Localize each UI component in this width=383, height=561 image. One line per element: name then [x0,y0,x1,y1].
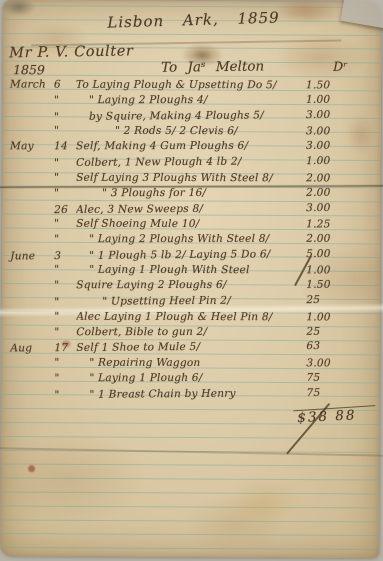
entry-day: " [54,217,76,229]
entry-month: March [10,78,54,90]
scanned-document-frame: Lisbon Ark, 1859 Mr P. V. Coulter 1859 T… [0,0,383,561]
entry-amount: 25 [303,325,370,337]
entry-day: " [54,187,76,199]
entry-description: " 3 Ploughs for 16/ [76,187,303,199]
ledger-row: " " Upsetting Heel Pin 2/ 25 [10,292,370,310]
header-charge-line: To Jaˢ Melton [161,58,264,75]
entry-amount: 1.00 [303,311,370,323]
entry-day: " [54,280,76,292]
ledger-rows: March 6 To Laying Plough & Upsetting Do … [10,77,371,402]
entry-amount: 3.00 [303,108,370,121]
entry-amount: 2.00 [303,186,370,198]
entry-date: " [10,296,76,309]
entry-day: 3 [54,249,76,261]
header-addressee: Mr P. V. Coulter [9,43,134,61]
entry-amount: 75 [303,372,370,384]
ledger-row: " " Laying 2 Ploughs With Steel 8/ 2.00 [10,231,370,247]
ledger-row: Aug 17 Self 1 Shoe to Mule 5/ 63 [10,338,370,356]
entry-day: " [54,157,76,169]
entry-month [10,296,54,308]
entry-day: " [54,171,76,183]
entry-date: May 14 [10,141,76,153]
entry-month [10,372,54,384]
entry-month [10,157,54,169]
ledger-row: " " Laying 1 Plough 6/ 75 [10,370,370,386]
entry-date: " [10,356,76,368]
entry-amount: 5.00 [303,247,370,260]
entry-month [10,125,54,137]
paper-crease-bottom [0,447,383,457]
ledger-row: " Self Laying 3 Ploughs With Steel 8/ 2.… [10,169,370,185]
entry-month [10,280,54,292]
entry-date: " [10,187,76,199]
ledger-row: " " 1 Breast Chain by Henry 75 [10,384,370,402]
entry-date: Aug 17 [10,342,76,355]
entry-amount: 1.00 [303,94,370,106]
entry-day: 17 [54,342,76,354]
entry-date: " [10,110,76,123]
total-amount: $38 88 [297,407,357,426]
ledger-row: " " Laying 1 Plough With Steel 1.00 [10,262,370,278]
entry-amount: 1.50 [303,79,370,91]
entry-description: Self 1 Shoe to Mule 5/ [76,340,303,354]
entry-month [10,217,54,229]
entry-description: " Repairing Waggon [76,356,303,369]
entry-description: " Laying 2 Ploughs With Steel 8/ [76,233,303,245]
entry-description: " 1 Breast Chain by Henry [76,387,303,401]
entry-month: June [10,250,54,262]
entry-month [10,171,54,183]
entry-date: March 6 [10,78,76,90]
entry-day: 26 [54,203,76,215]
entry-description: " Laying 1 Plough With Steel [76,264,303,277]
entry-month [10,263,54,275]
header-dr-label: Dʳ [333,59,347,74]
entry-description: Squire Laying 2 Ploughs 6/ [76,279,303,291]
entry-amount: 3.00 [303,125,370,137]
entry-month [10,356,54,368]
entry-description: by Squire, Making 4 Ploughs 5/ [76,109,303,123]
entry-amount: 1.00 [303,264,370,276]
entry-description: Self Laying 3 Ploughs With Steel 8/ [76,171,303,184]
entry-month: Aug [10,342,54,354]
entry-date: " [10,157,76,170]
entry-day: " [54,296,76,308]
entry-amount: 63 [303,340,370,353]
entry-day: " [54,264,76,276]
top-edge-stain [273,0,337,24]
entry-date: 26 [10,203,76,216]
corner-smudge [1,0,35,16]
entry-day: " [54,356,76,368]
entry-month [10,233,54,245]
ledger-row: " " Repairing Waggon 3.00 [10,354,370,370]
entry-month [10,111,54,123]
ledger-row: 26 Alec, 3 New Sweeps 8/ 3.00 [10,199,370,217]
entry-day: " [54,110,76,122]
entry-date: " [10,388,76,401]
entry-amount: 3.00 [303,357,370,369]
entry-amount: 1.00 [303,154,370,167]
entry-amount: 75 [303,386,370,399]
entry-amount: 1.50 [303,279,370,291]
entry-date: " [10,326,76,338]
entry-description: " Laying 2 Ploughs 4/ [76,94,303,106]
entry-amount: 2.00 [303,233,370,245]
ledger-row: " Self Shoeing Mule 10/ 1.25 [10,215,370,231]
entry-description: Colbert, 1 New Plough 4 lb 2/ [76,155,303,169]
entry-day: " [54,310,76,322]
ledger-row: March 6 To Laying Plough & Upsetting Do … [10,77,370,93]
entry-description: " 1 Plough 5 lb 2/ Laying 5 Do 6/ [76,248,303,262]
entry-description: Alec Laying 1 Plough & Heel Pin 8/ [76,310,303,323]
entry-description: Alec, 3 New Sweeps 8/ [76,201,303,215]
entry-day: " [54,94,76,106]
entry-month [10,187,54,199]
header-year: 1859 [13,62,45,77]
entry-day: " [54,233,76,245]
entry-month [10,203,54,215]
entry-day: 14 [54,141,76,153]
entry-month: May [10,141,54,153]
ledger-row: " " Laying 2 Ploughs 4/ 1.00 [10,92,370,108]
entry-date: " [10,125,76,137]
header-place-date: Lisbon Ark, 1859 [107,8,280,31]
entry-day: " [54,326,76,338]
entry-date: " [10,372,76,384]
entry-description: To Laying Plough & Upsetting Do 5/ [76,78,303,91]
ledger-row: " " 2 Rods 5/ 2 Clevis 6/ 3.00 [10,123,370,139]
entry-date: " [10,94,76,106]
entry-date: " [10,310,76,322]
entry-date: " [10,217,76,229]
entry-month [10,326,54,338]
entry-description: Self, Making 4 Gum Ploughs 6/ [76,140,303,152]
entry-description: Colbert, Bible to gun 2/ [76,326,303,338]
entry-description: " Upsetting Heel Pin 2/ [76,294,303,308]
entry-amount: 25 [303,293,370,306]
entry-day: " [54,388,76,400]
entry-month [10,389,54,401]
entry-date: " [10,233,76,245]
entry-day: " [54,125,76,137]
entry-month [10,94,54,106]
entry-day: 6 [54,78,76,90]
entry-month [10,310,54,322]
entry-date: June 3 [10,249,76,262]
entry-amount: 3.00 [303,201,370,214]
ledger-paper-sheet: Lisbon Ark, 1859 Mr P. V. Coulter 1859 T… [1,0,382,558]
entry-description: " 2 Rods 5/ 2 Clevis 6/ [76,125,303,138]
entry-amount: 1.25 [303,218,370,230]
ledger-row: " Alec Laying 1 Plough & Heel Pin 8/ 1.0… [10,308,370,324]
entry-date: " [10,280,76,292]
entry-date: " [10,171,76,183]
entry-date: " [10,263,76,275]
entry-amount: 2.00 [303,172,370,184]
entry-description: " Laying 1 Plough 6/ [76,372,303,384]
entry-day: " [54,372,76,384]
entry-description: Self Shoeing Mule 10/ [76,217,303,230]
ledger-row: " Colbert, 1 New Plough 4 lb 2/ 1.00 [10,153,370,171]
small-red-spot [28,465,35,472]
bottom-yellow-stain [229,479,301,525]
entry-amount: 3.00 [303,140,370,152]
ledger-row: " " 3 Ploughs for 16/ 2.00 [10,185,370,201]
